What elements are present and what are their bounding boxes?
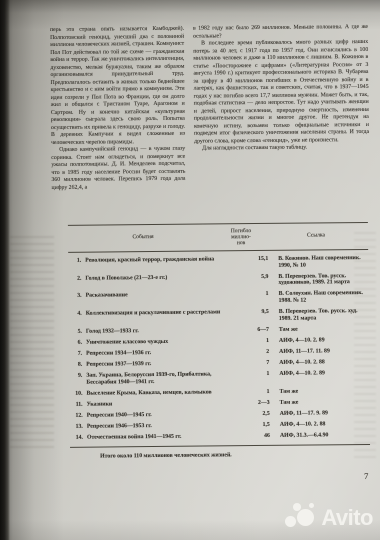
table-row: 13. Репрессии 1946—1953 гг. 1,5 АИФ, 4—1…: [70, 421, 370, 430]
table-row: 4. Коллективизация и раскулачивание с ра…: [69, 308, 369, 324]
right-column: в 1982 году нас было 269 миллионов. Мень…: [193, 24, 370, 217]
table-row: 6. Уничтожение классово чуждых 1 АИФ, 4—…: [69, 337, 369, 346]
book-binding-edge: [0, 0, 10, 540]
header-events: События: [68, 228, 218, 241]
table-body: 1. Революция, красный террор, гражданска…: [68, 250, 370, 447]
header-deaths: Погибло миллио- нов: [218, 228, 264, 247]
table-row: 9. Зап. Украина, Белоруссия 1939-го, При…: [69, 370, 369, 386]
table-row: 10. Выселение Крыма, Кавказа, немцев, ка…: [69, 388, 369, 397]
left-column: перь эта страна опять называется Камбодж…: [50, 26, 186, 218]
left-paragraph-2: Однако кампучийский геноцид — в чужом гл…: [51, 146, 185, 192]
table-row: 5. Голод 1932—1933 гг. 6—7 Там же: [69, 326, 369, 335]
right-paragraph-3: Для наглядности составим такую таблицу.: [194, 144, 369, 153]
page-showthrough-left: [10, 236, 54, 448]
right-paragraph-1: в 1982 году нас было 269 миллионов. Мень…: [193, 24, 368, 41]
page-content: перь эта страна опять называется Камбодж…: [50, 24, 372, 484]
table-row: 1. Революция, красный террор, гражданска…: [68, 255, 368, 271]
header-reference: Ссылка: [264, 227, 368, 239]
table-row: 11. Указники 2—3 Там же: [70, 399, 370, 408]
left-paragraph-1: перь эта страна опять называется Камбодж…: [50, 26, 185, 147]
table-row: 14. Отечественная война 1941—1945 гг. 46…: [70, 432, 370, 441]
losses-table: События Погибло миллио- нов Ссылка 1. Ре…: [68, 222, 370, 460]
table-row: 7. Репрессии 1934—1936 гг. 2 АИФ, 11—17.…: [69, 348, 369, 357]
table-row: 2. Голод в Поволжье (21—23-е гг.) 5,9 В.…: [68, 273, 368, 289]
avito-watermark: Avito: [285, 503, 373, 533]
avito-watermark-label: Avito: [321, 507, 373, 529]
book-page-photo: перь эта страна опять называется Камбодж…: [0, 0, 380, 540]
table-header-row: События Погибло миллио- нов Ссылка: [68, 223, 368, 251]
table-row: 12. Репрессии 1940—1945 гг. 2,5 АИФ, 11—…: [70, 410, 370, 419]
body-text-columns: перь эта страна опять называется Камбодж…: [50, 24, 370, 218]
table-row: 8. Репрессии 1937—1939 гг. 7 АИФ, 4—10. …: [69, 359, 369, 368]
page-number: 7: [54, 471, 368, 484]
avito-logo-icon: [285, 503, 315, 533]
table-row: 3. Расказачивание 1 В. Солоухин. Наш сов…: [69, 290, 369, 306]
right-paragraph-2: В последнее время публиковалось много ра…: [193, 39, 369, 146]
table-total-line: Итого около 110 миллионов человеческих ж…: [100, 451, 370, 460]
